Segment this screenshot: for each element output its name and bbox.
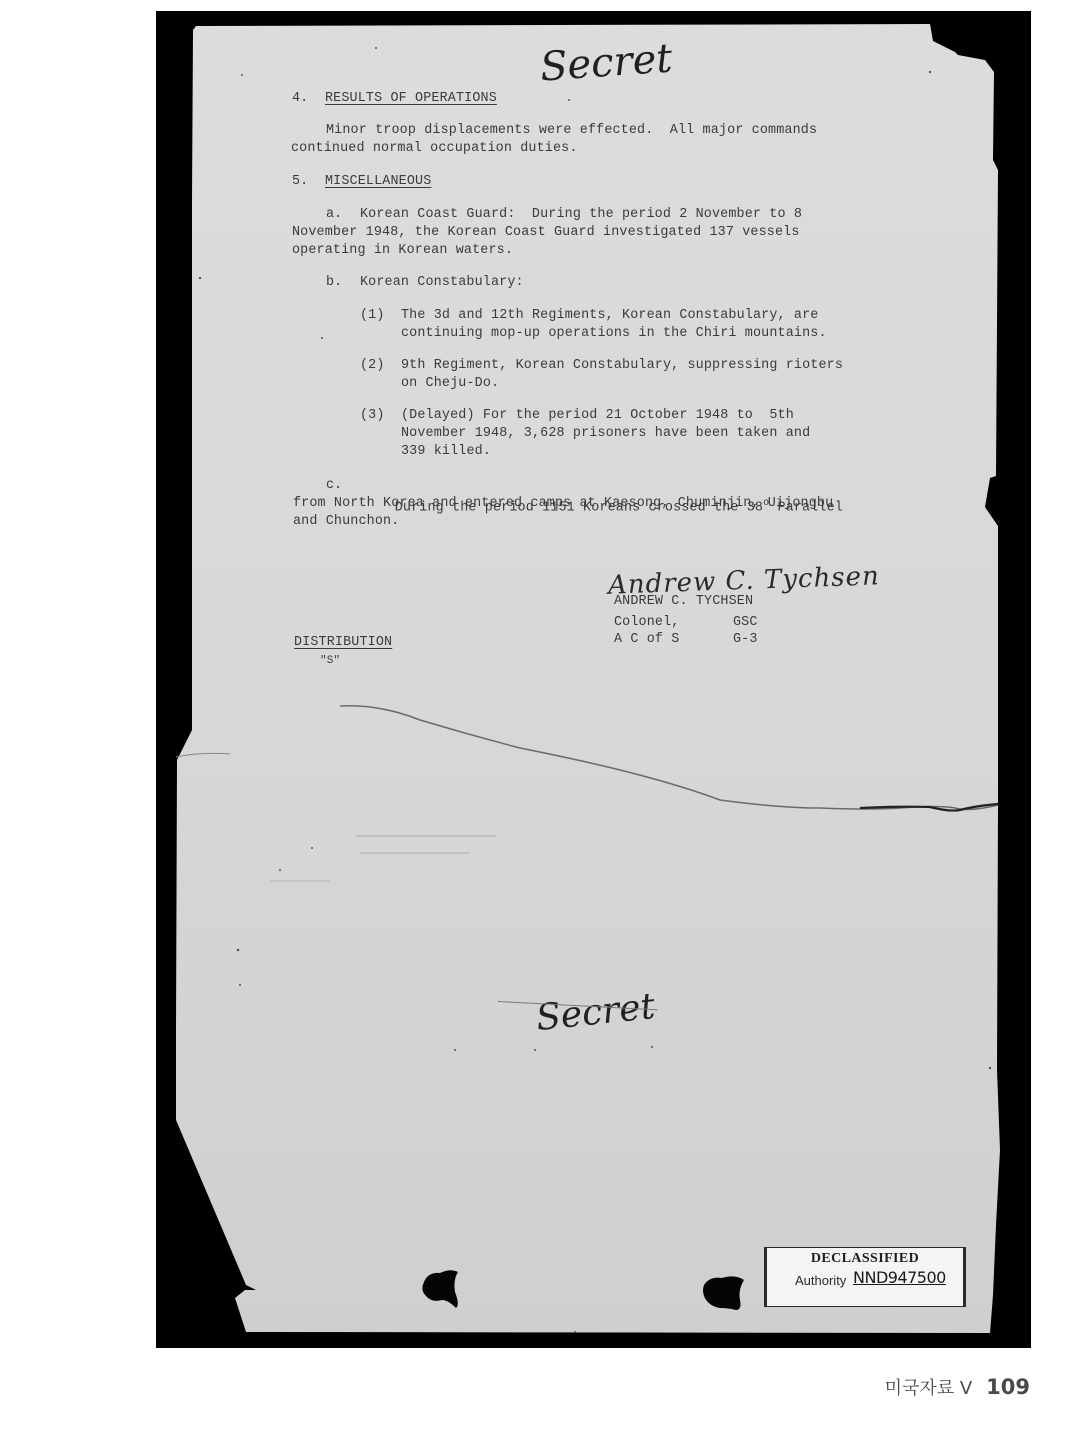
- item-c-line-2: from North Korea and entered camps at Ka…: [293, 495, 833, 513]
- item-b2-line-2: on Cheju-Do.: [401, 375, 499, 393]
- signer-office: A C of S: [614, 631, 680, 649]
- item-a-line-3: operating in Korean waters.: [292, 242, 513, 260]
- section-5-heading: MISCELLANEOUS: [325, 173, 431, 191]
- page-number: 109: [986, 1375, 1030, 1399]
- item-c-line-3: and Chunchon.: [293, 513, 399, 531]
- stamp-authority-label: Authority: [795, 1273, 846, 1288]
- classification-marking-top: Secret: [539, 35, 674, 90]
- stamp-authority-number: NND947500: [853, 1268, 946, 1287]
- item-b1-line-2: continuing mop-up operations in the Chir…: [401, 325, 827, 343]
- item-b3-line-3: 339 killed.: [401, 443, 491, 461]
- distribution-value: "S": [320, 652, 340, 670]
- item-b1-label: (1): [360, 307, 385, 325]
- item-a-line-2: November 1948, the Korean Coast Guard in…: [292, 224, 800, 242]
- page-footer: 미국자료 V 109: [885, 1374, 1030, 1400]
- signer-office-code: G-3: [733, 631, 758, 649]
- item-b2-label: (2): [360, 357, 385, 375]
- declassified-stamp: DECLASSIFIED Authority NND947500: [764, 1247, 966, 1307]
- stamp-title: DECLASSIFIED: [767, 1251, 963, 1267]
- item-a-label: a.: [326, 206, 342, 224]
- item-a-line-1: Korean Coast Guard: During the period 2 …: [360, 206, 802, 224]
- section-5-number: 5.: [292, 173, 308, 191]
- item-b2-line-1: 9th Regiment, Korean Constabulary, suppr…: [401, 357, 843, 375]
- section-4-heading: RESULTS OF OPERATIONS: [325, 90, 497, 108]
- item-b3-line-1: (Delayed) For the period 21 October 1948…: [401, 407, 794, 425]
- item-b3-line-2: November 1948, 3,628 prisoners have been…: [401, 425, 810, 443]
- section-4-number: 4.: [292, 90, 308, 108]
- signer-name: ANDREW C. TYCHSEN: [614, 593, 753, 611]
- item-b1-line-1: The 3d and 12th Regiments, Korean Consta…: [401, 307, 818, 325]
- section-4-text-line-1: Minor troop displacements were effected.…: [326, 122, 817, 140]
- signer-rank: Colonel,: [614, 614, 680, 632]
- item-c-label: c.: [326, 477, 342, 495]
- item-b3-label: (3): [360, 407, 385, 425]
- section-4-text-line-2: continued normal occupation duties.: [291, 140, 578, 158]
- footer-section-title: 미국자료 V: [885, 1374, 973, 1400]
- signer-rank-code: GSC: [733, 614, 758, 632]
- item-b-title: Korean Constabulary:: [360, 274, 524, 292]
- distribution-label: DISTRIBUTION: [294, 634, 392, 652]
- item-b-label: b.: [326, 274, 342, 292]
